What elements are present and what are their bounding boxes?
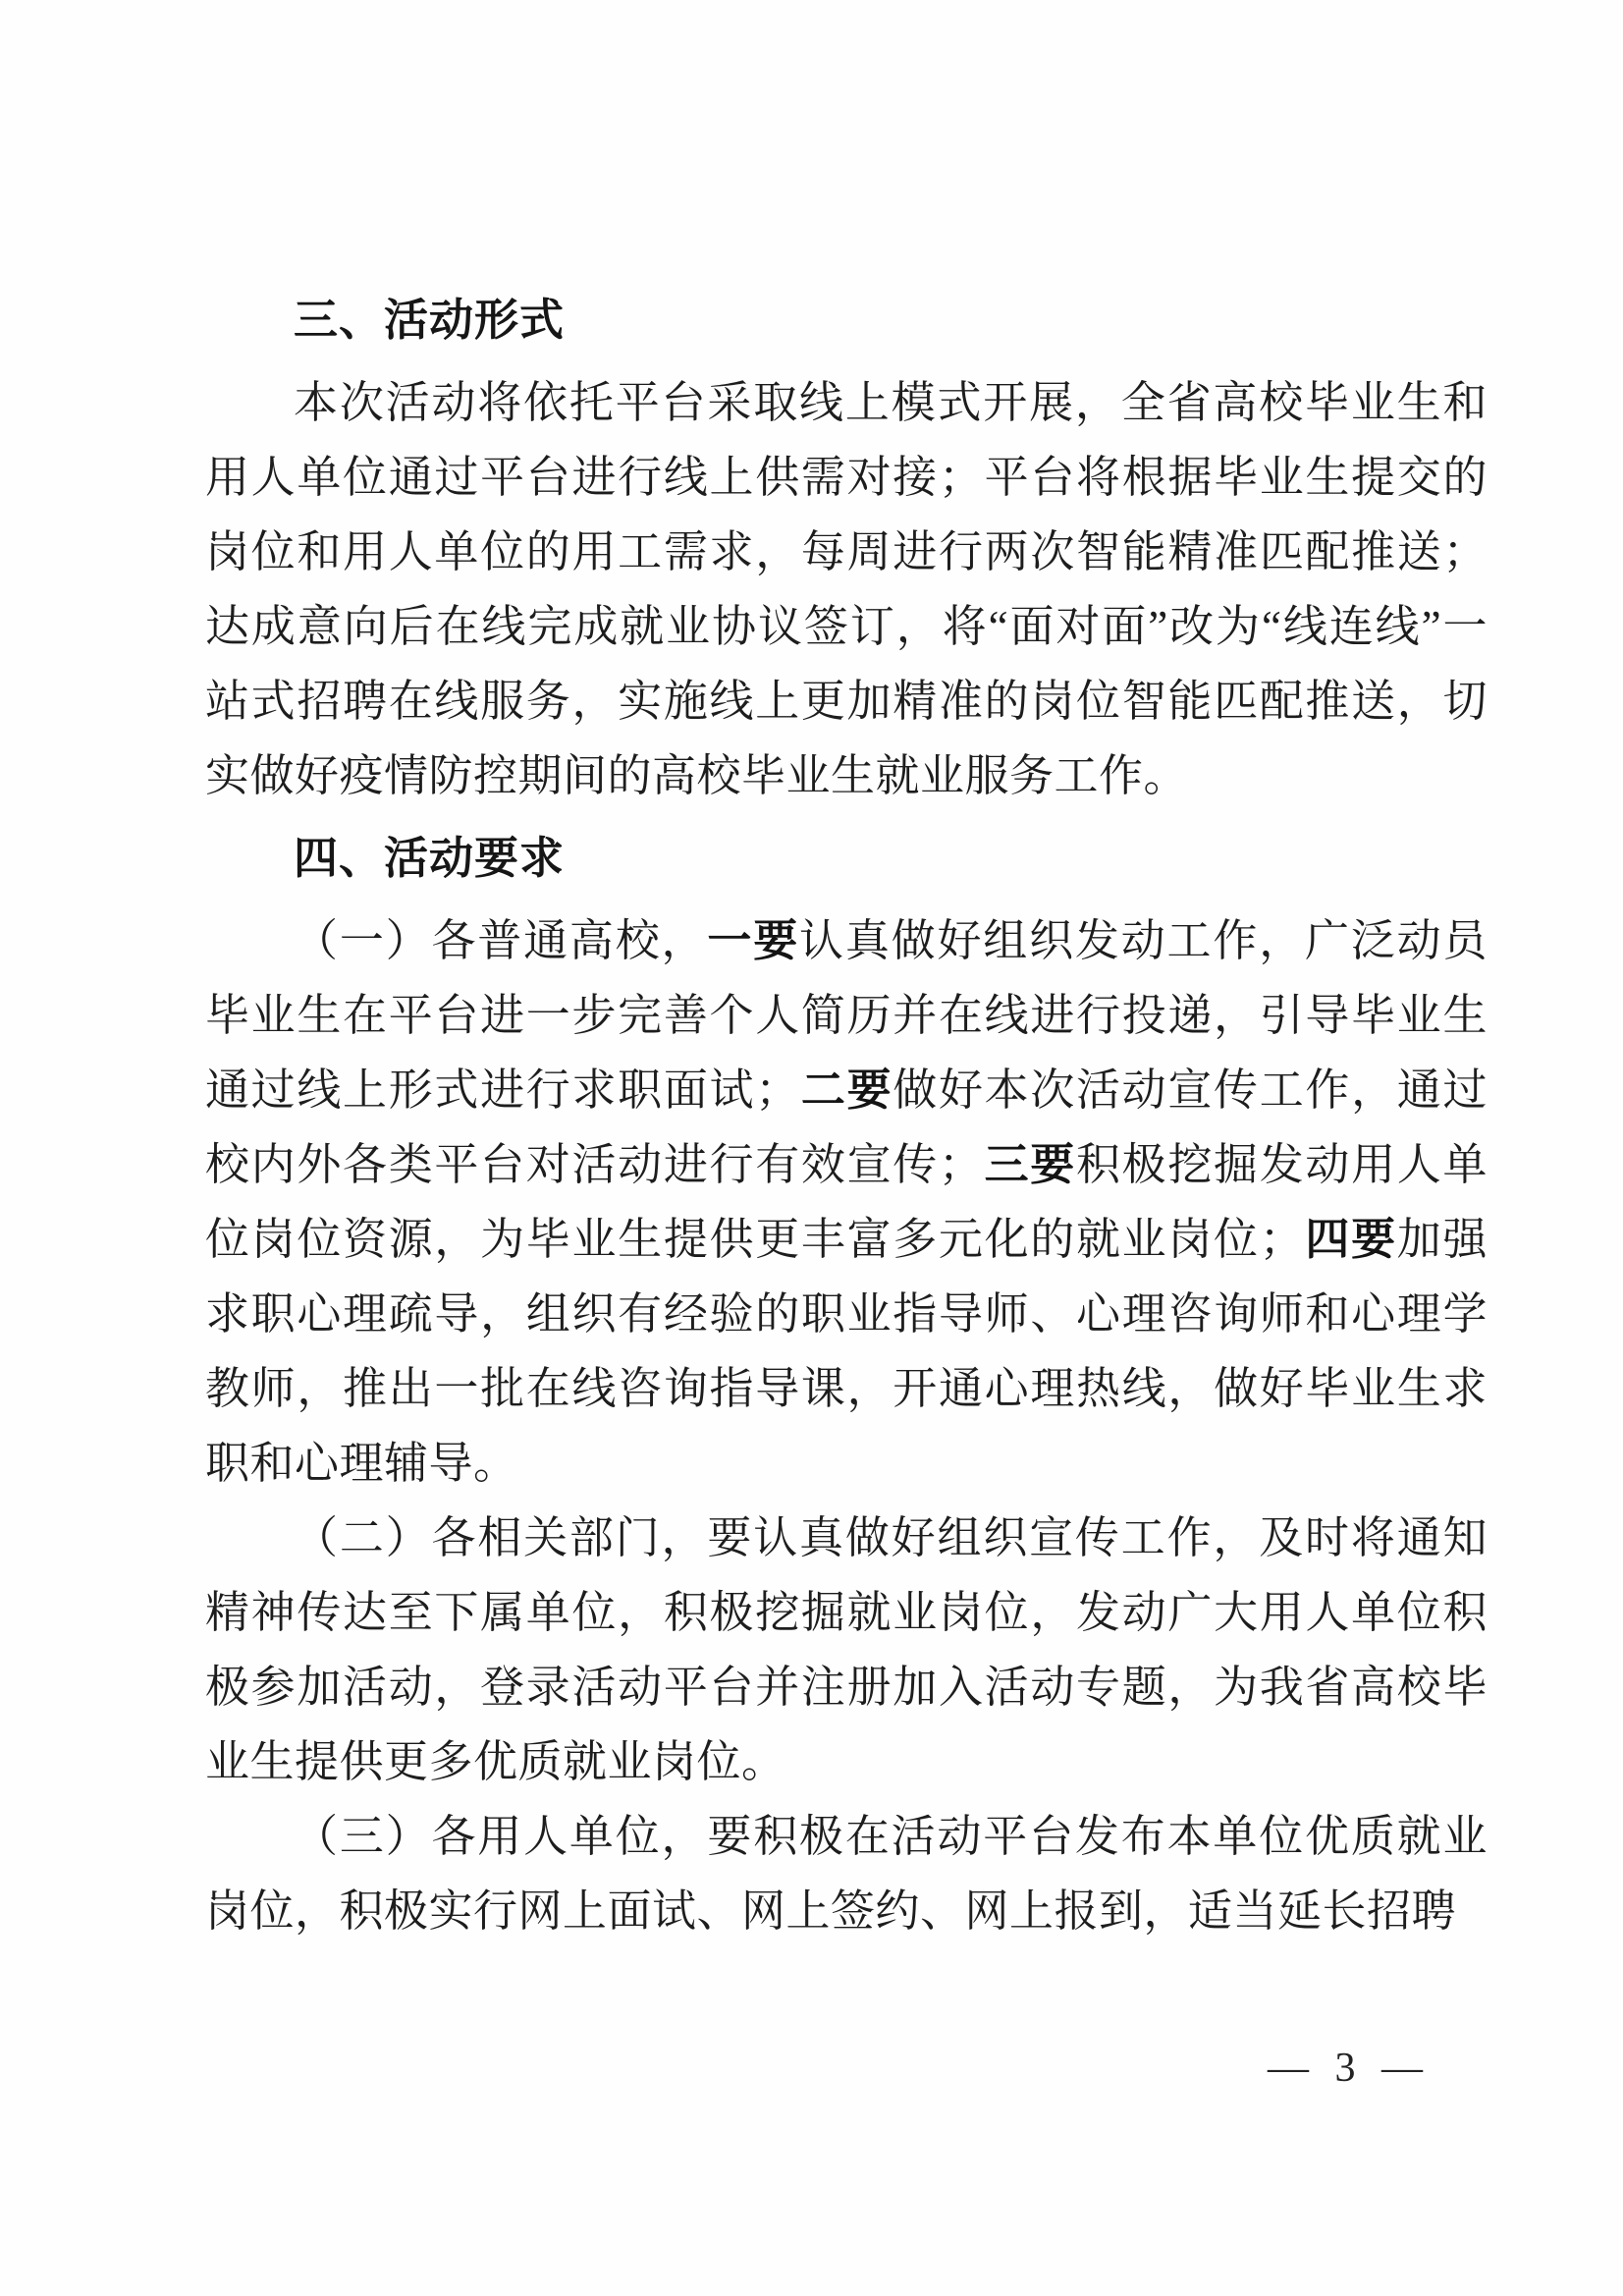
paragraph-text: （三）各用人单位，要积极在活动平台发布本单位优质就业岗位，积极实行网上面试、网上… — [205, 1812, 1488, 1936]
paragraph-requirement-2-departments: （二）各相关部门，要认真做好组织宣传工作，及时将通知精神传达至下属单位，积极挖掘… — [205, 1501, 1488, 1799]
paragraph-activity-format: 本次活动将依托平台采取线上模式开展，全省高校毕业生和用人单位通过平台进行线上供需… — [205, 365, 1488, 813]
section-heading-activity-format: 三、活动形式 — [205, 283, 1488, 357]
emphasis-third-point: 三要 — [983, 1139, 1076, 1189]
section-heading-activity-requirements: 四、活动要求 — [205, 821, 1488, 896]
paragraph-text: （一）各普通高校， — [294, 916, 707, 965]
scanned-document-page: 三、活动形式 本次活动将依托平台采取线上模式开展，全省高校毕业生和用人单位通过平… — [0, 0, 1623, 2296]
document-body: 三、活动形式 本次活动将依托平台采取线上模式开展，全省高校毕业生和用人单位通过平… — [205, 283, 1488, 1948]
paragraph-text: （二）各相关部门，要认真做好组织宣传工作，及时将通知精神传达至下属单位，积极挖掘… — [205, 1513, 1488, 1786]
emphasis-fourth-point: 四要 — [1304, 1214, 1397, 1264]
emphasis-first-point: 一要 — [707, 915, 799, 965]
paragraph-text: 本次活动将依托平台采取线上模式开展，全省高校毕业生和用人单位通过平台进行线上供需… — [205, 378, 1488, 800]
emphasis-second-point: 二要 — [800, 1065, 893, 1115]
paragraph-requirement-3-employers: （三）各用人单位，要积极在活动平台发布本单位优质就业岗位，积极实行网上面试、网上… — [205, 1799, 1488, 1948]
page-number: — 3 — — [1268, 2045, 1431, 2092]
paragraph-requirement-1-colleges: （一）各普通高校，一要认真做好组织发动工作，广泛动员毕业生在平台进一步完善个人简… — [205, 903, 1488, 1501]
